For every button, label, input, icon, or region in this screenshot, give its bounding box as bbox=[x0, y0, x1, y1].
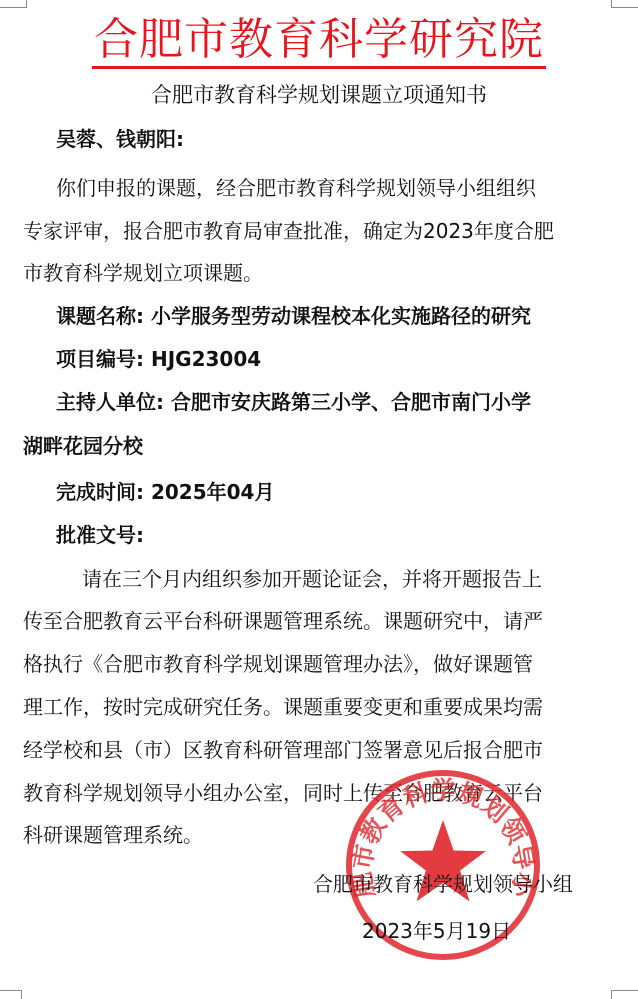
host-unit-value: 合肥市安庆路第三小学、合肥市南门小学 bbox=[171, 390, 531, 414]
masthead: 合肥市教育科学研究院 bbox=[0, 14, 638, 69]
completion-value: 2025年04月 bbox=[151, 480, 275, 504]
issuer-signature: 合肥市教育科学规划领导小组 bbox=[313, 870, 573, 898]
document-subtitle: 合肥市教育科学规划课题立项通知书 bbox=[0, 80, 638, 110]
crop-mark-bottom-right bbox=[611, 990, 638, 999]
body-line: 请在三个月内组织参加开题论证会，并将开题报告上 bbox=[82, 565, 542, 593]
crop-mark-bottom-left bbox=[0, 990, 22, 999]
body-line: 理工作，按时完成研究任务。课题重要变更和重要成果均需 bbox=[23, 693, 543, 721]
body-line: 经学校和县（市）区教育科研管理部门签署意见后报合肥市 bbox=[23, 736, 543, 764]
crop-mark-top-left bbox=[0, 0, 27, 8]
field-project-no: 项目编号: HJG23004 bbox=[56, 345, 261, 373]
intro-line: 你们申报的课题，经合肥市教育科学规划领导小组组织 bbox=[56, 174, 536, 202]
host-unit-label: 主持人单位: bbox=[56, 390, 164, 414]
topic-label: 课题名称: bbox=[56, 304, 144, 328]
crop-mark-top-right bbox=[611, 0, 638, 8]
intro-line: 市教育科学规划立项课题。 bbox=[23, 259, 263, 287]
body-line: 科研课题管理系统。 bbox=[23, 821, 203, 849]
issue-date: 2023年5月19日 bbox=[362, 917, 511, 945]
field-approval-no: 批准文号: bbox=[56, 521, 144, 549]
approval-no-label: 批准文号: bbox=[56, 523, 144, 547]
field-topic: 课题名称: 小学服务型劳动课程校本化实施路径的研究 bbox=[56, 302, 531, 330]
project-no-value: HJG23004 bbox=[151, 347, 261, 371]
field-completion: 完成时间: 2025年04月 bbox=[56, 478, 274, 506]
topic-value: 小学服务型劳动课程校本化实施路径的研究 bbox=[151, 304, 531, 328]
field-host-unit: 主持人单位: 合肥市安庆路第三小学、合肥市南门小学 bbox=[56, 388, 531, 416]
completion-label: 完成时间: bbox=[56, 480, 144, 504]
body-line: 格执行《合肥市教育科学规划课题管理办法》，做好课题管 bbox=[23, 650, 533, 678]
project-no-label: 项目编号: bbox=[56, 347, 144, 371]
salutation: 吴蓉、钱朝阳: bbox=[56, 125, 184, 153]
intro-line: 专家评审，报合肥市教育局审查批准，确定为2023年度合肥 bbox=[23, 217, 554, 245]
host-unit-value-continued: 湖畔花园分校 bbox=[23, 432, 143, 460]
masthead-title: 合肥市教育科学研究院 bbox=[92, 14, 546, 69]
body-line: 传至合肥教育云平台科研课题管理系统。课题研究中，请严 bbox=[23, 607, 543, 635]
